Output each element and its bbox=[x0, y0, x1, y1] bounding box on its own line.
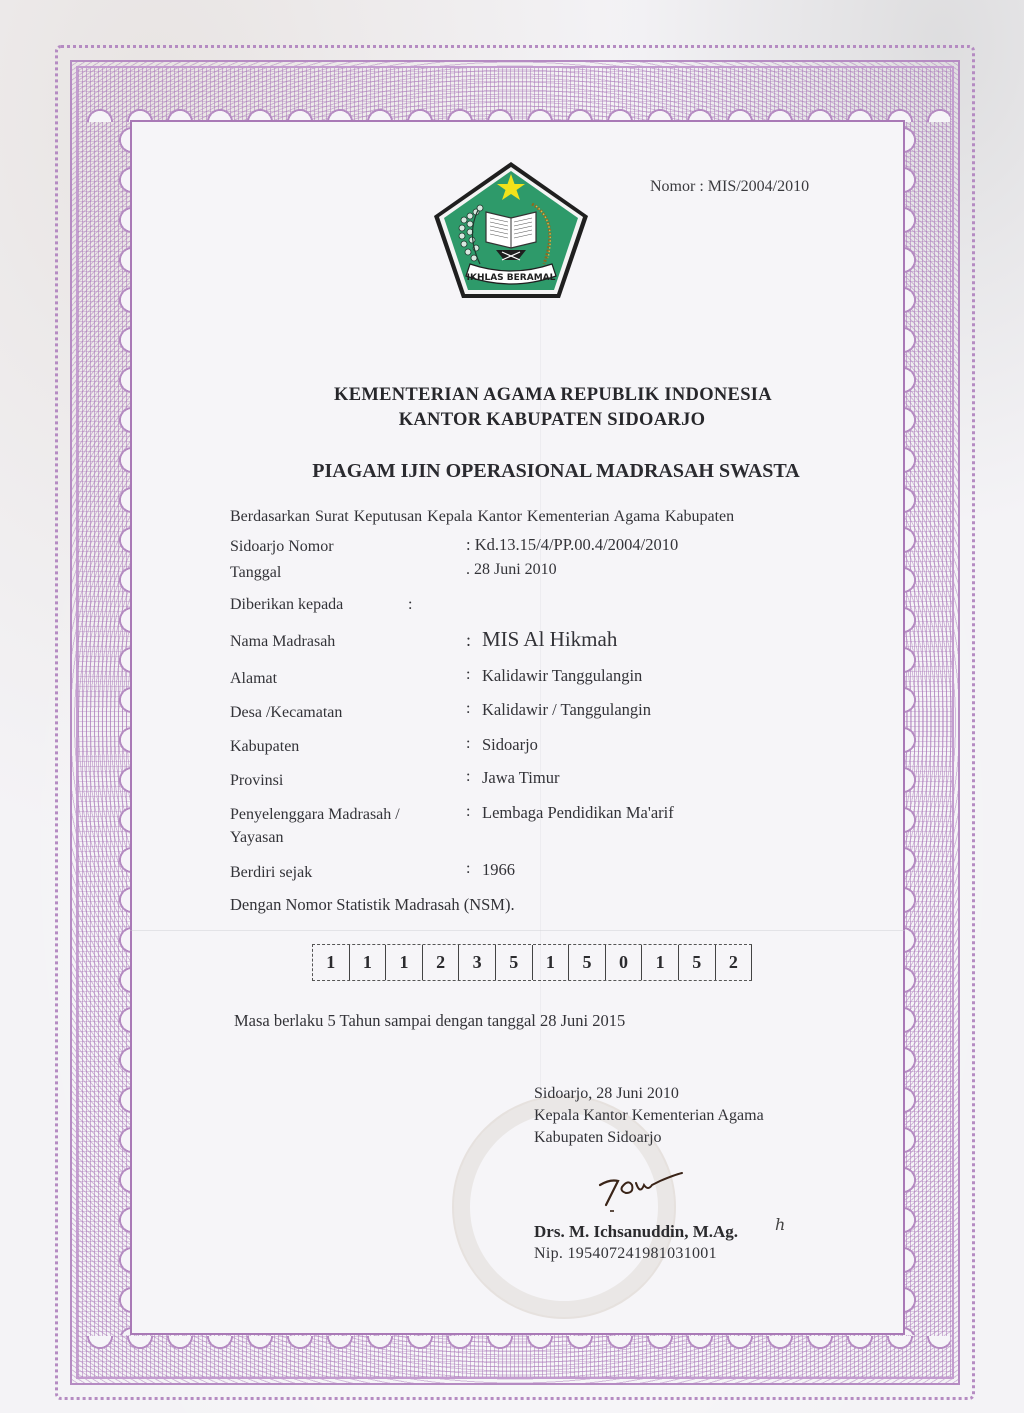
field-value-penyelenggara: Lembaga Pendidikan Ma'arif bbox=[482, 803, 674, 823]
field-colon: : bbox=[466, 803, 470, 821]
nsm-digit-box: 1 bbox=[533, 945, 570, 980]
border-scallops-top bbox=[80, 96, 950, 122]
field-label-yayasan: Yayasan bbox=[230, 829, 283, 847]
field-value-nama-madrasah: MIS Al Hikmah bbox=[482, 627, 617, 652]
field-label-alamat: Alamat bbox=[230, 670, 277, 688]
field-value-desa-kecamatan: Kalidawir / Tanggulangin bbox=[482, 700, 651, 720]
border-scallops-right bbox=[903, 120, 929, 1335]
nsm-digit-box: 5 bbox=[496, 945, 533, 980]
field-value-berdiri-sejak: 1966 bbox=[482, 860, 515, 880]
decree-date-value: . 28 Juni 2010 bbox=[466, 561, 557, 579]
nsm-digit-boxes: 111235150152 bbox=[312, 944, 752, 981]
field-colon: : bbox=[466, 630, 471, 651]
granted-to-label: Diberikan kepada bbox=[230, 596, 343, 614]
nsm-digit-box: 1 bbox=[350, 945, 387, 980]
handwritten-signature-icon bbox=[596, 1165, 686, 1215]
nsm-digit-box: 5 bbox=[679, 945, 716, 980]
field-colon: : bbox=[466, 700, 470, 718]
office-heading: KANTOR KABUPATEN SIDOARJO bbox=[0, 410, 1024, 431]
granted-to-colon: : bbox=[408, 596, 412, 614]
kementerian-agama-emblem-icon: IKHLAS BERAMAL bbox=[432, 160, 590, 300]
signer-name: Drs. M. Ichsanuddin, M.Ag. bbox=[534, 1222, 738, 1242]
decree-date-label: Tanggal bbox=[230, 564, 281, 582]
field-value-provinsi: Jawa Timur bbox=[482, 768, 559, 788]
field-label-berdiri-sejak: Berdiri sejak bbox=[230, 864, 312, 882]
field-label-kabupaten: Kabupaten bbox=[230, 738, 299, 756]
nsm-digit-box: 2 bbox=[423, 945, 460, 980]
signature-place-date: Sidoarjo, 28 Juni 2010 bbox=[534, 1085, 679, 1103]
validity-statement: Masa berlaku 5 Tahun sampai dengan tangg… bbox=[234, 1011, 625, 1031]
nsm-digit-box: 0 bbox=[606, 945, 643, 980]
nsm-digit-box: 1 bbox=[386, 945, 423, 980]
field-label-nama-madrasah: Nama Madrasah bbox=[230, 633, 335, 651]
field-label-provinsi: Provinsi bbox=[230, 772, 283, 790]
nsm-label: Dengan Nomor Statistik Madrasah (NSM). bbox=[230, 895, 515, 915]
signature-position-line2: Kabupaten Sidoarjo bbox=[534, 1129, 662, 1147]
handwritten-initial: h bbox=[775, 1215, 785, 1234]
field-label-desa-kecamatan: Desa /Kecamatan bbox=[230, 704, 342, 722]
decree-number-value: : Kd.13.15/4/PP.00.4/2004/2010 bbox=[466, 535, 678, 555]
ministry-heading: KEMENTERIAN AGAMA REPUBLIK INDONESIA bbox=[0, 385, 1024, 406]
nsm-digit-box: 2 bbox=[716, 945, 753, 980]
field-colon: : bbox=[466, 860, 470, 878]
border-scallops-bottom bbox=[80, 1336, 950, 1362]
field-label-penyelenggara: Penyelenggara Madrasah / bbox=[230, 806, 400, 824]
border-scallops-left bbox=[106, 120, 132, 1335]
certificate-number: Nomor : MIS/2004/2010 bbox=[650, 178, 809, 196]
signer-nip: Nip. 195407241981031001 bbox=[534, 1245, 717, 1263]
field-colon: : bbox=[466, 735, 470, 753]
field-colon: : bbox=[466, 666, 470, 684]
emblem-motto: IKHLAS BERAMAL bbox=[467, 273, 556, 283]
signature-position-line1: Kepala Kantor Kementerian Agama bbox=[534, 1107, 764, 1125]
field-value-alamat: Kalidawir Tanggulangin bbox=[482, 666, 642, 686]
field-colon: : bbox=[466, 768, 470, 786]
paper-fold-line bbox=[130, 930, 905, 931]
intro-line: Berdasarkan Surat Keputusan Kepala Kanto… bbox=[230, 508, 734, 526]
nsm-digit-box: 1 bbox=[642, 945, 679, 980]
nsm-digit-box: 5 bbox=[569, 945, 606, 980]
nsm-digit-box: 1 bbox=[313, 945, 350, 980]
certificate-title: PIAGAM IJIN OPERASIONAL MADRASAH SWASTA bbox=[0, 460, 1024, 483]
decree-number-label: Sidoarjo Nomor bbox=[230, 538, 334, 556]
nsm-digit-box: 3 bbox=[459, 945, 496, 980]
field-value-kabupaten: Sidoarjo bbox=[482, 735, 538, 755]
